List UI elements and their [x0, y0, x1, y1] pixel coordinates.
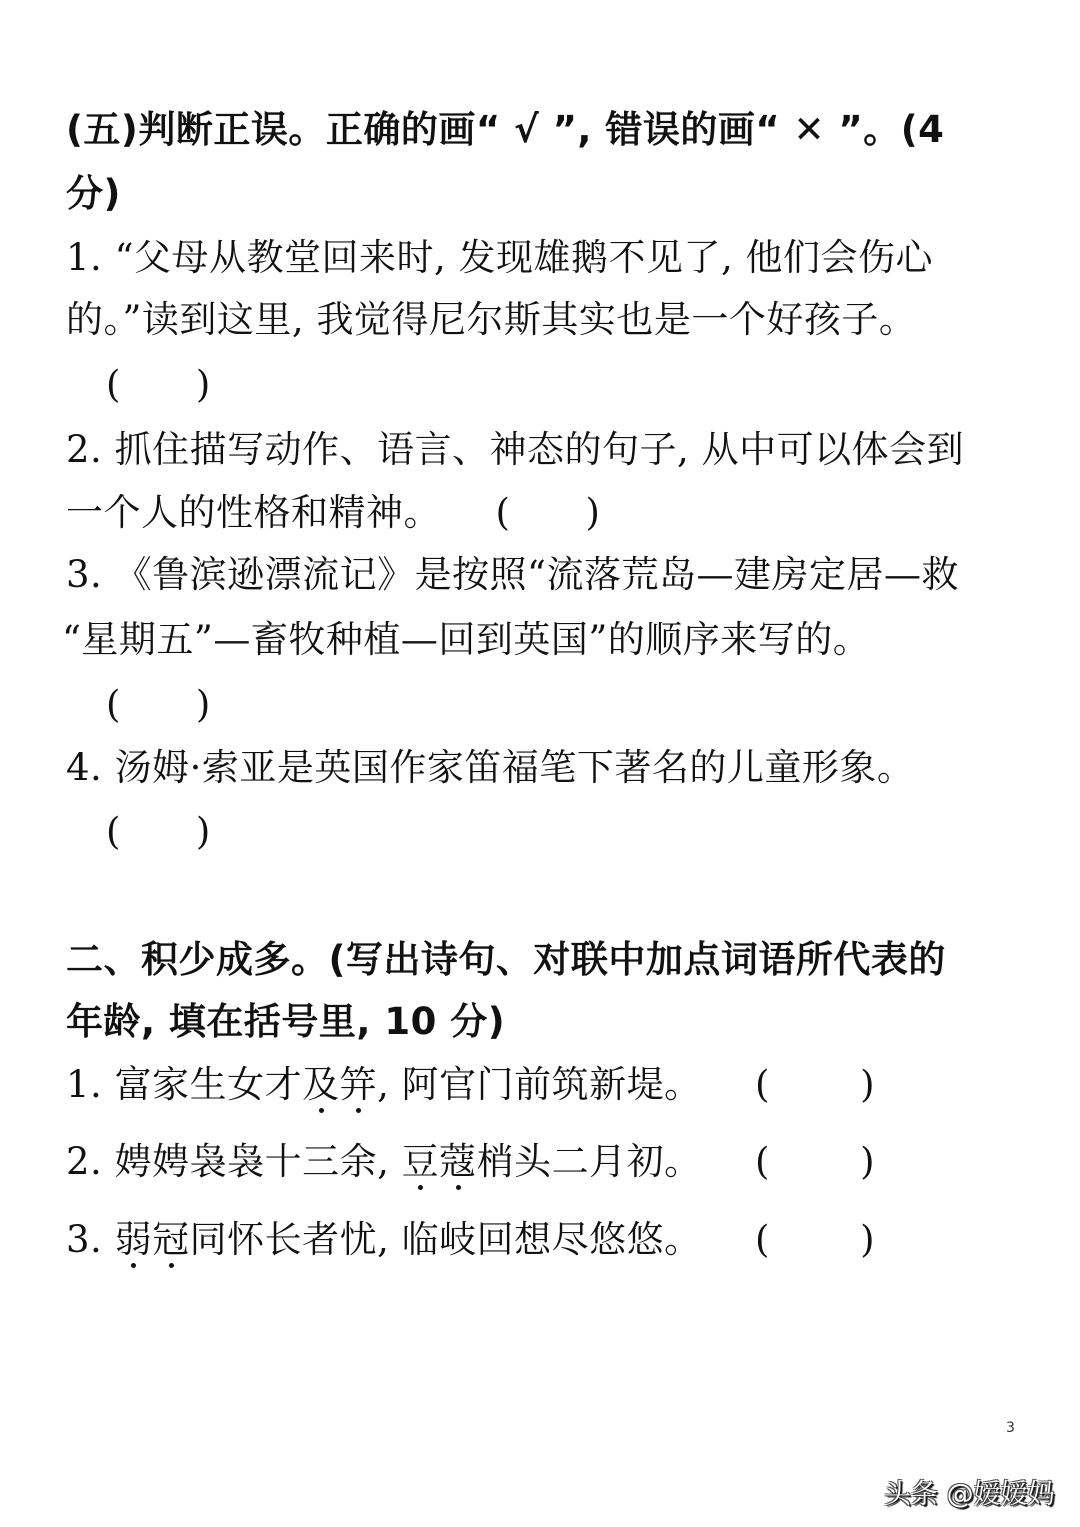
- poem-2-prefix: 2. 娉娉袅袅十三余,: [66, 1140, 402, 1183]
- open-paren: (: [755, 1140, 770, 1184]
- poem-2-answer-blank[interactable]: (): [755, 1140, 875, 1184]
- question-2-line1: 2. 抓住描写动作、语言、神态的句子, 从中可以体会到: [66, 428, 964, 472]
- dotted-char: 冠: [152, 1218, 190, 1262]
- question-3-line1: 3. 《鲁滨逊漂流记》是按照“流落荒岛—建房定居—救: [66, 553, 959, 597]
- poem-3: 3. 弱冠同怀长者忧, 临岐回想尽悠悠。: [66, 1218, 702, 1262]
- poem-1-suffix: , 阿官门前筑新堤。: [377, 1063, 702, 1106]
- question-3-answer-blank[interactable]: ( ): [106, 683, 211, 727]
- open-paren: (: [755, 1063, 770, 1107]
- section5-heading-cont: 分): [66, 172, 121, 216]
- open-paren: (: [755, 1218, 770, 1262]
- section5-heading: (五)判断正误。正确的画“ √ ”, 错误的画“ ✕ ”。(4: [66, 108, 944, 152]
- poem-1: 1. 富家生女才及笄, 阿官门前筑新堤。: [66, 1063, 702, 1107]
- watermark: 头条 @嫒嫒妈: [884, 1472, 1055, 1511]
- section2-heading: 二、积少成多。(写出诗句、对联中加点词语所代表的: [66, 938, 946, 982]
- question-2-answer-blank[interactable]: ( ): [496, 491, 601, 534]
- question-1-line1: 1. “父母从教堂回来时, 发现雄鹅不见了, 他们会伤心: [66, 236, 933, 280]
- close-paren: ): [860, 1140, 875, 1184]
- poem-1-answer-blank[interactable]: (): [755, 1063, 875, 1107]
- dotted-char: 弱: [115, 1218, 153, 1262]
- page-number: 3: [1006, 1420, 1015, 1436]
- question-2-line2-text: 一个人的性格和精神。: [66, 491, 441, 534]
- question-2-line2: 一个人的性格和精神。 ( ): [66, 491, 600, 535]
- close-paren: ): [860, 1063, 875, 1107]
- poem-2-suffix: 梢头二月初。: [477, 1140, 702, 1183]
- poem-1-prefix: 1. 富家生女才: [66, 1063, 302, 1106]
- section2-heading-cont: 年龄, 填在括号里, 10 分): [66, 1000, 505, 1044]
- dotted-char: 豆: [402, 1140, 440, 1184]
- poem-3-prefix: 3.: [66, 1218, 115, 1261]
- dotted-char: 笄: [340, 1063, 378, 1107]
- poem-2: 2. 娉娉袅袅十三余, 豆蔻梢头二月初。: [66, 1140, 702, 1184]
- question-4-answer-blank[interactable]: ( ): [106, 810, 211, 854]
- dotted-char: 蔻: [439, 1140, 477, 1184]
- poem-3-answer-blank[interactable]: (): [755, 1218, 875, 1262]
- dotted-char: 及: [302, 1063, 340, 1107]
- question-1-line2: 的。”读到这里, 我觉得尼尔斯其实也是一个好孩子。: [66, 298, 916, 342]
- close-paren: ): [860, 1218, 875, 1262]
- question-4-line1: 4. 汤姆·索亚是英国作家笛福笔下著名的儿童形象。: [66, 746, 914, 790]
- poem-3-suffix: 同怀长者忧, 临岐回想尽悠悠。: [190, 1218, 702, 1261]
- question-1-answer-blank[interactable]: ( ): [106, 363, 211, 407]
- question-3-line2: “星期五”—畜牧种植—回到英国”的顺序来写的。: [62, 618, 870, 662]
